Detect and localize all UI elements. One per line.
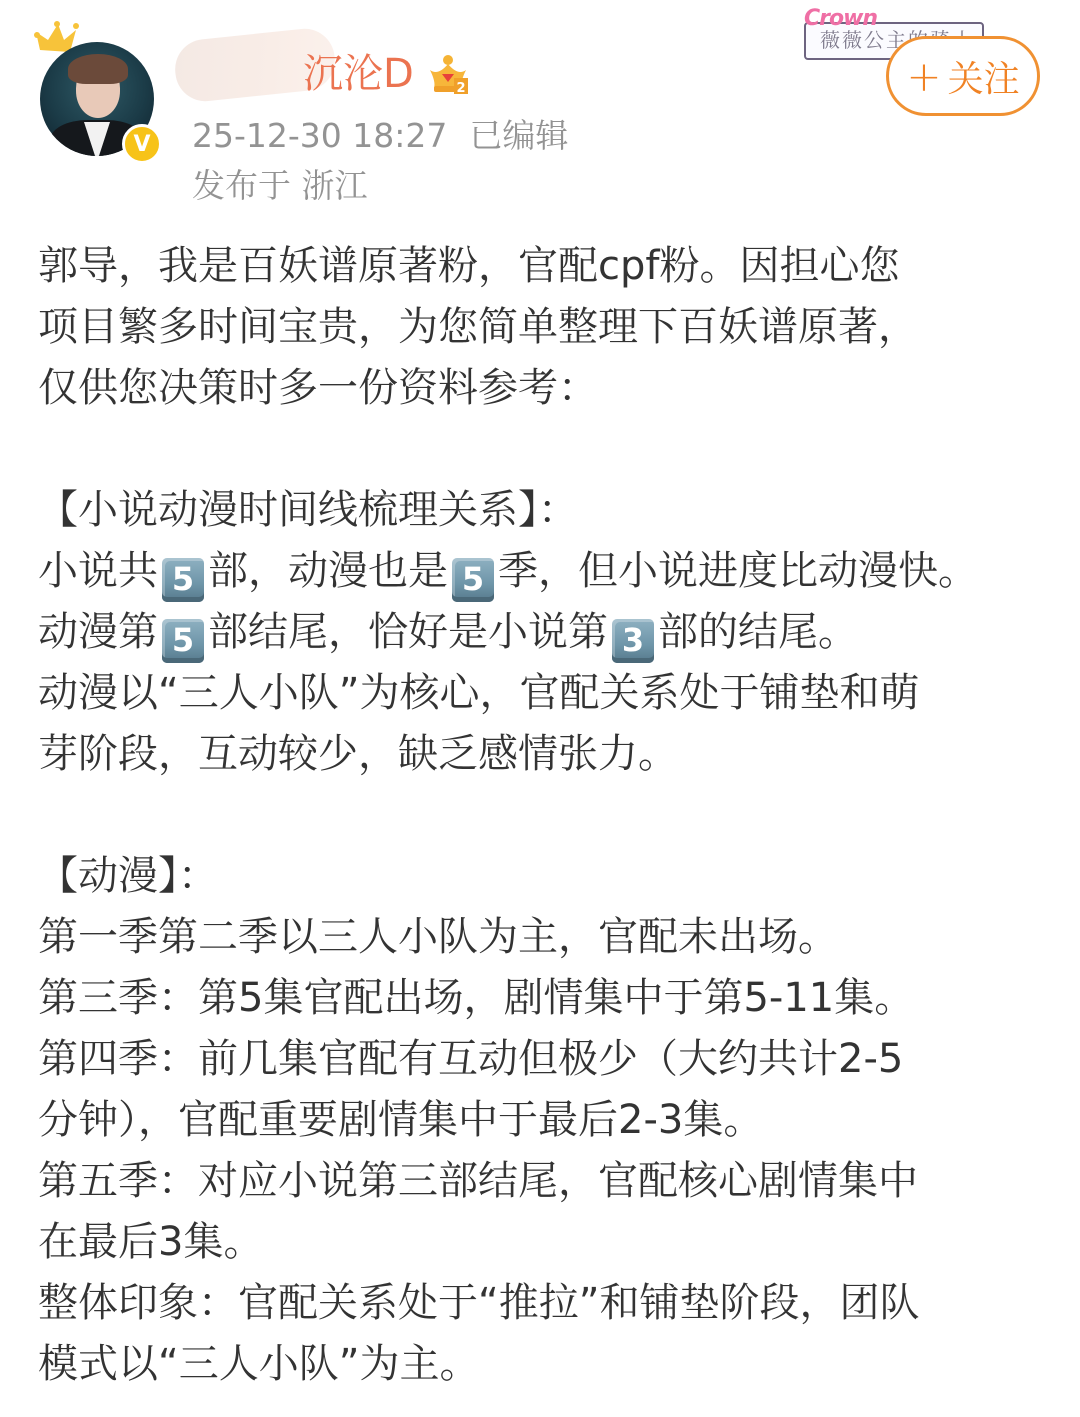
body-line: 小说共5部，动漫也是5季，但小说进度比动漫快。: [38, 541, 1058, 602]
keycap-5-icon: 5: [452, 558, 494, 602]
text-run: 部的结尾。: [658, 609, 858, 655]
edited-label[interactable]: 已编辑: [469, 116, 568, 155]
author-name[interactable]: 沉沦D: [303, 44, 414, 104]
section-heading: 【小说动漫时间线梳理关系】：: [38, 480, 1058, 541]
text-run: 动漫第: [38, 609, 158, 655]
body-line: 芽阶段，互动较少，缺乏感情张力。: [38, 724, 1058, 785]
body-line: 动漫以“三人小队”为核心，官配关系处于铺垫和萌: [38, 663, 1058, 724]
post-timestamp: 25-12-30 18:27: [192, 116, 447, 155]
follow-label: 关注: [948, 51, 1020, 102]
body-line: 第一季第二季以三人小队为主，官配未出场。: [38, 907, 1058, 968]
follow-button[interactable]: + 关注: [886, 36, 1040, 116]
keycap-5-icon: 5: [162, 558, 204, 602]
vip-crown-icon[interactable]: 2: [426, 52, 470, 96]
text-run: 部结尾，恰好是小说第: [208, 609, 608, 655]
section-heading: 【动漫】：: [38, 846, 1058, 907]
body-line: 模式以“三人小队”为主。: [38, 1334, 1058, 1395]
post-header: V 沉沦D 2 25-12-30 18:27已编辑 发布于 浙江 薇薇公主的骑士…: [0, 0, 1080, 220]
svg-text:2: 2: [456, 81, 465, 96]
body-line: 整体印象：官配关系处于“推拉”和铺垫阶段，团队: [38, 1273, 1058, 1334]
keycap-5-icon: 5: [162, 619, 204, 663]
text-run: 季，但小说进度比动漫快。: [498, 548, 978, 594]
blank-line: [38, 785, 1058, 846]
body-line: 动漫第5部结尾，恰好是小说第3部的结尾。: [38, 602, 1058, 663]
text-run: 部，动漫也是: [208, 548, 448, 594]
body-line: 在最后3集。: [38, 1212, 1058, 1273]
post-body: 郭导，我是百妖谱原著粉，官配cpf粉。因担心您 项目繁多时间宝贵，为您简单整理下…: [38, 236, 1058, 1395]
body-line: 分钟），官配重要剧情集中于最后2-3集。: [38, 1090, 1058, 1151]
blank-line: [38, 419, 1058, 480]
text-run: 小说共: [38, 548, 158, 594]
author-avatar[interactable]: V: [30, 20, 170, 170]
keycap-3-icon: 3: [612, 619, 654, 663]
username-row[interactable]: 沉沦D 2: [175, 42, 470, 106]
fan-card-logo: Crown: [804, 6, 877, 31]
body-line: 第四季：前几集官配有互动但极少（大约共计2-5: [38, 1029, 1058, 1090]
verified-badge-icon: V: [122, 124, 162, 164]
body-line: 仅供您决策时多一份资料参考：: [38, 358, 1058, 419]
plus-icon: +: [906, 52, 941, 101]
post-location: 发布于 浙江: [192, 164, 368, 208]
body-line: 第五季：对应小说第三部结尾，官配核心剧情集中: [38, 1151, 1058, 1212]
body-line: 项目繁多时间宝贵，为您简单整理下百妖谱原著，: [38, 297, 1058, 358]
body-line: 第三季：第5集官配出场，剧情集中于第5-11集。: [38, 968, 1058, 1029]
body-line: 郭导，我是百妖谱原著粉，官配cpf粉。因担心您: [38, 236, 1058, 297]
post-meta: 25-12-30 18:27已编辑: [192, 114, 590, 158]
